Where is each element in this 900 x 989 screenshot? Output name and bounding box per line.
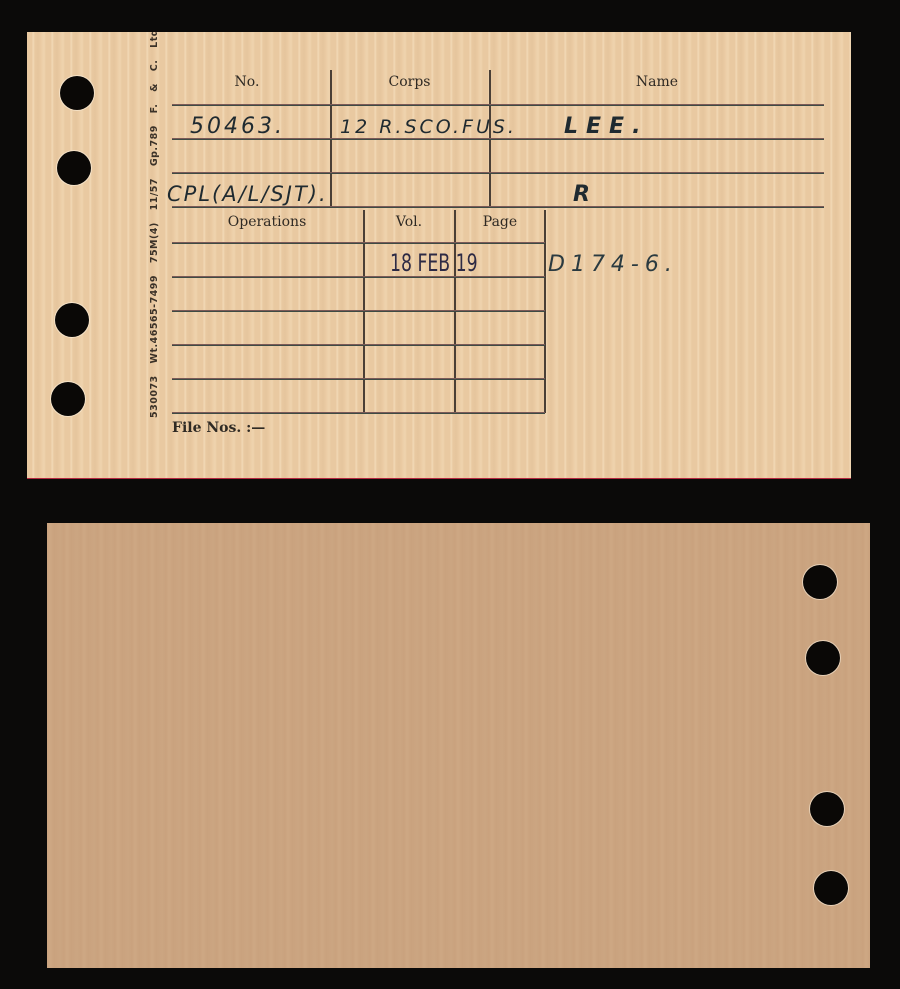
file-nos-label: File Nos. :— — [172, 420, 265, 436]
header-operations: Operations — [172, 214, 362, 230]
header-vol: Vol. — [364, 214, 454, 230]
ruled-line — [172, 344, 545, 346]
punch-hole-icon — [55, 303, 89, 337]
medal-index-card-back — [47, 523, 870, 968]
initial-entry: R — [573, 182, 593, 207]
ruled-line — [172, 172, 824, 174]
service-number: 50463. — [190, 114, 285, 139]
reference-entry: D174-6. — [548, 252, 678, 277]
corps-entry: 12 R.SCO.FUS. — [340, 116, 517, 138]
header-no: No. — [172, 74, 322, 90]
header-corps: Corps — [332, 74, 487, 90]
punch-hole-icon — [810, 792, 844, 826]
date-stamp: 18 FEB 19 — [390, 249, 478, 277]
ruled-line — [172, 412, 545, 414]
ruled-line — [172, 242, 545, 244]
rank-entry: CPL(A/L/SJT). — [167, 182, 328, 206]
punch-hole-icon — [51, 382, 85, 416]
punch-hole-icon — [60, 76, 94, 110]
punch-hole-icon — [57, 151, 91, 185]
punch-hole-icon — [814, 871, 848, 905]
header-page: Page — [455, 214, 545, 230]
surname-entry: LEE. — [564, 114, 648, 139]
punch-hole-icon — [806, 641, 840, 675]
ruled-line — [172, 276, 545, 278]
medal-index-card-front: 530073 Wt.46565-7499 75M(4) 11/57 Gp.789… — [27, 32, 851, 478]
ruled-line — [172, 378, 545, 380]
ruled-line — [172, 206, 824, 208]
header-name: Name — [492, 74, 822, 90]
ruled-line — [172, 104, 824, 106]
printer-imprint: 530073 Wt.46565-7499 75M(4) 11/57 Gp.789… — [149, 32, 160, 418]
ruled-line — [172, 310, 545, 312]
punch-hole-icon — [803, 565, 837, 599]
